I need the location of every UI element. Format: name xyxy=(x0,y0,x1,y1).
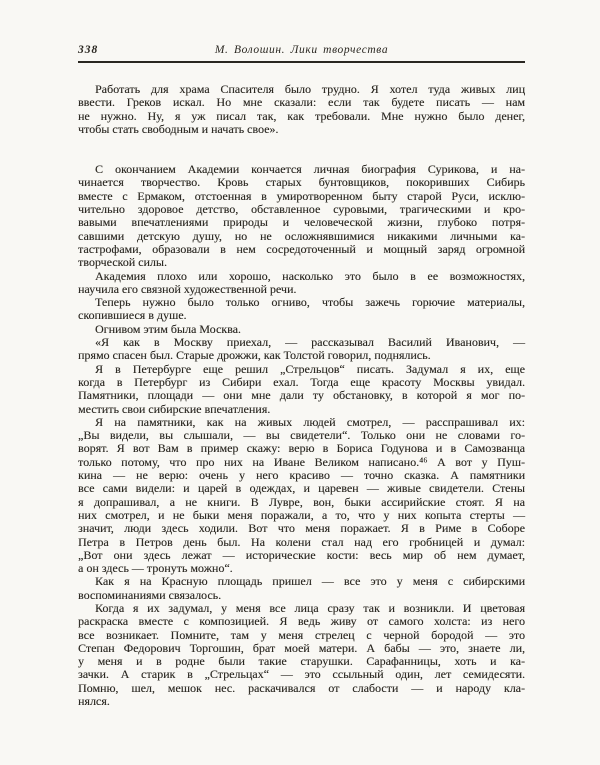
text-line: скопившиеся в душе. xyxy=(78,309,525,322)
header-rule xyxy=(78,61,525,63)
text-line: Я в Петербурге еще решил „Стрельцов“ пис… xyxy=(78,363,525,376)
text-line: Работать для храма Спасителя было трудно… xyxy=(78,83,525,96)
text-line: чинается творчество. Кровь старых бунтов… xyxy=(78,176,525,189)
paragraph: «Я как в Москву приехал, — рассказывал В… xyxy=(78,336,525,363)
text-line: все сами видели: и царей в одеждах, и ца… xyxy=(78,482,525,495)
paragraph: Огнивом этим была Москва. xyxy=(78,323,525,336)
paragraph: Как я на Красную площадь пришел — все эт… xyxy=(78,575,525,602)
text-line: Как я на Красную площадь пришел — все эт… xyxy=(78,575,525,588)
text-line: а он здесь — тронуть можно“. xyxy=(78,562,525,575)
text-line: научила его связной художественной речи. xyxy=(78,283,525,296)
text-line: раскраска вместе с композицией. Я ведь ж… xyxy=(78,615,525,628)
text-line: у меня и в родне были такие старушки. Са… xyxy=(78,655,525,668)
text-line: зачки. А старик в „Стрельцах“ — это ссыл… xyxy=(78,668,525,681)
text-line: Академия плохо или хорошо, насколько это… xyxy=(78,270,525,283)
page-header: 338 М. Волошин. Лики творчества xyxy=(78,44,525,59)
text-line: ввести. Греков искал. Но мне сказали: ес… xyxy=(78,96,525,109)
text-line: вместе с Ермаком, отстоенная в умиротвор… xyxy=(78,190,525,203)
text-line: Я на памятники, как на живых людей смотр… xyxy=(78,416,525,429)
text-line: савшими детскую душу, но не осложнявшими… xyxy=(78,230,525,243)
paragraph: Я на памятники, как на живых людей смотр… xyxy=(78,416,525,576)
paragraph: Работать для храма Спасителя было трудно… xyxy=(78,83,525,136)
text-line: значит, люди здесь ходили. Вот что меня … xyxy=(78,522,525,535)
text-line: тастрофами, образовали в нем сосредоточе… xyxy=(78,243,525,256)
body-text: Работать для храма Спасителя было трудно… xyxy=(78,83,525,708)
text-line: Огнивом этим была Москва. xyxy=(78,323,525,336)
text-line: нялся. xyxy=(78,695,525,708)
paragraph: Когда я их задумал, у меня все лица сраз… xyxy=(78,602,525,708)
running-title: М. Волошин. Лики творчества xyxy=(78,44,525,56)
text-line: Памятники, площади — они мне дали ту обс… xyxy=(78,389,525,402)
text-line: местить свои сибирские впечатления. xyxy=(78,403,525,416)
text-line: воспоминаниями связалось. xyxy=(78,589,525,602)
text-line: не нужно. Ну, я уж писал так, как требов… xyxy=(78,110,525,123)
paragraph: Теперь нужно было только огниво, чтобы з… xyxy=(78,296,525,323)
text-line: Теперь нужно было только огниво, чтобы з… xyxy=(78,296,525,309)
text-line: чтобы стать свободным и начать свое». xyxy=(78,123,525,136)
text-line: Степан Федорович Торгошин, брат моей мат… xyxy=(78,642,525,655)
text-line: все возникает. Помните, там у меня стрел… xyxy=(78,629,525,642)
text-line: «Я как в Москву приехал, — рассказывал В… xyxy=(78,336,525,349)
text-line: прямо спасен был. Старые дрожжи, как Тол… xyxy=(78,349,525,362)
paragraph: С окончанием Академии кончается личная б… xyxy=(78,163,525,269)
text-line: Когда я их задумал, у меня все лица сраз… xyxy=(78,602,525,615)
text-line: кина — не верю: очень у него красиво — т… xyxy=(78,469,525,482)
text-line: я допрашивал, а не книги. В Лувре, вон, … xyxy=(78,496,525,509)
book-page: 338 М. Волошин. Лики творчества Работать… xyxy=(0,0,600,765)
text-line: С окончанием Академии кончается личная б… xyxy=(78,163,525,176)
text-line: „Вы видели, вы слышали, — вы свидетели“.… xyxy=(78,429,525,442)
text-line: творческой силы. xyxy=(78,256,525,269)
text-line: чительно здоровое детство, обставленное … xyxy=(78,203,525,216)
text-line: Петра в Петров день был. На колени стал … xyxy=(78,536,525,549)
text-line: ворят. Я вот Вам в пример скажу: верю в … xyxy=(78,442,525,455)
paragraph: Я в Петербурге еще решил „Стрельцов“ пис… xyxy=(78,363,525,416)
text-line: только потому, что про них на Иване Вели… xyxy=(78,456,525,469)
text-line: Помню, шел, мешок нес. раскачивался от с… xyxy=(78,682,525,695)
paragraph: Академия плохо или хорошо, насколько это… xyxy=(78,270,525,297)
text-line: „Вот они здесь лежат — исторические кост… xyxy=(78,549,525,562)
text-line: них смотрел, и не быки меня поражали, а … xyxy=(78,509,525,522)
text-line: когда в Петербург из Сибири ехал. Тогда … xyxy=(78,376,525,389)
text-line: вавыми впечатлениями природы и человечес… xyxy=(78,216,525,229)
